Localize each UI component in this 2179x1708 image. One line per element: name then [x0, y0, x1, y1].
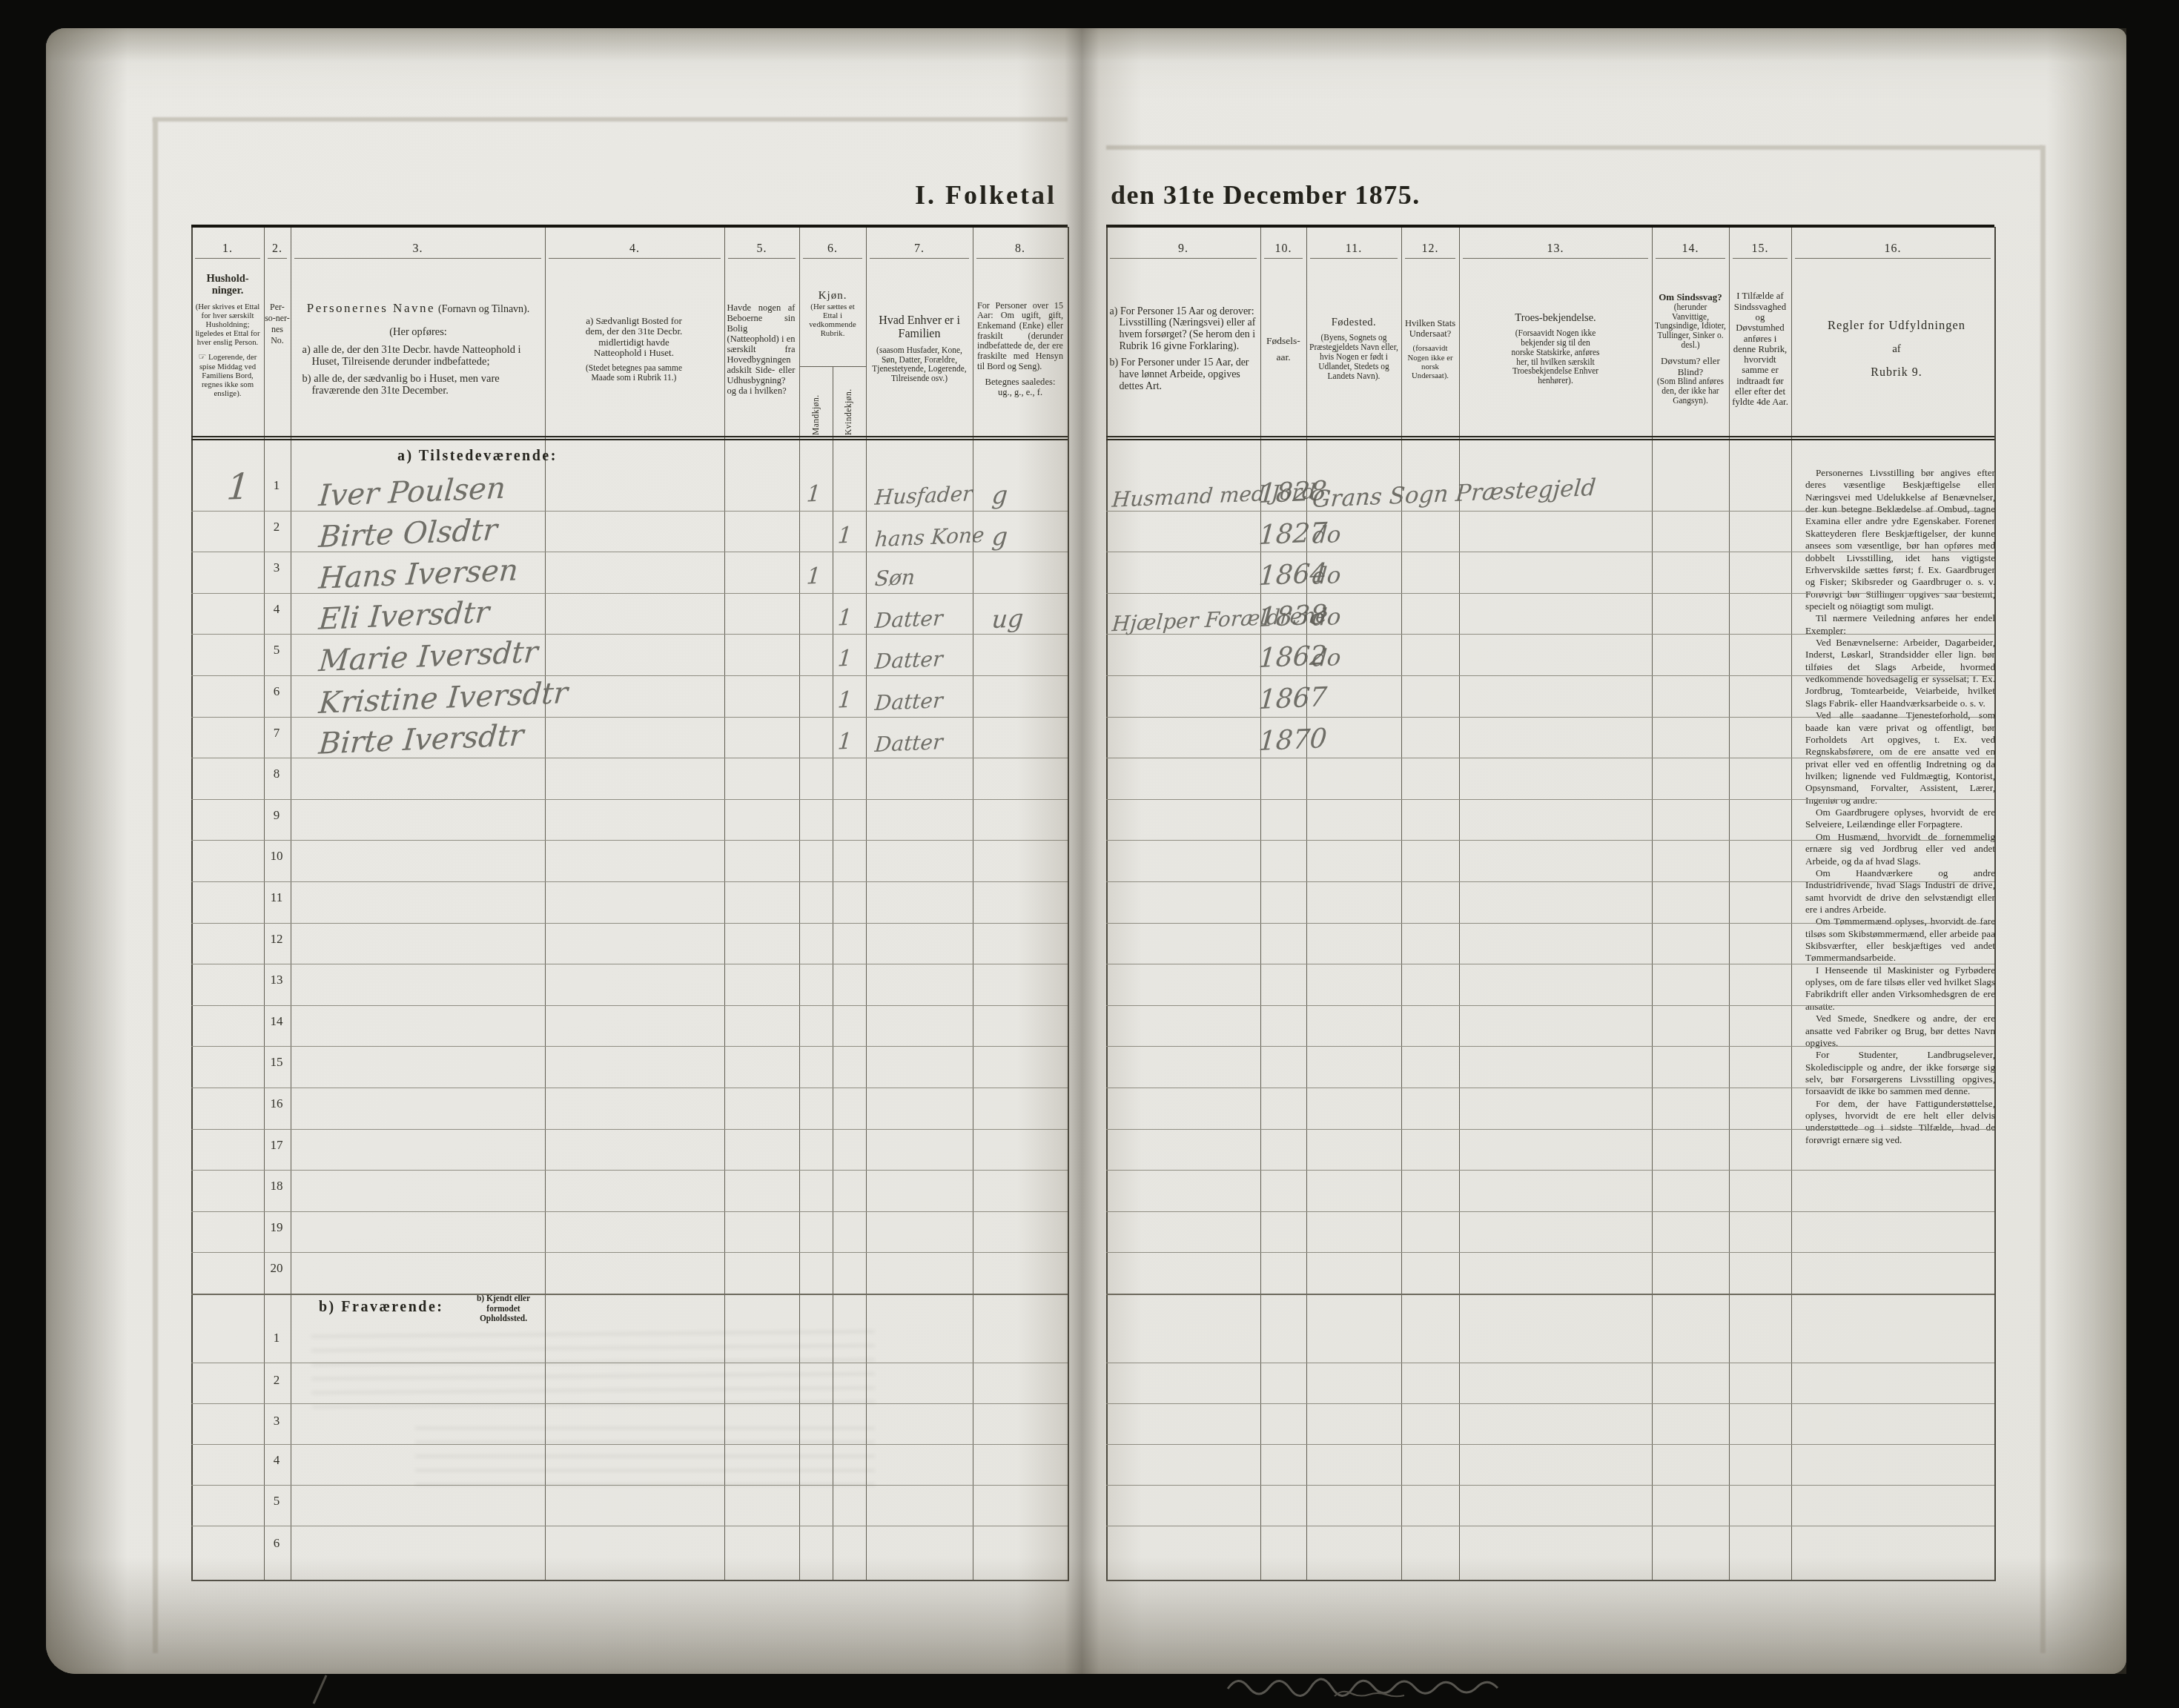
handwritten-status: ug	[991, 603, 1025, 634]
table-rule-horizontal	[1106, 225, 1994, 228]
handwritten-sex_f: 1	[837, 646, 853, 672]
census-scan: I. Folketal den 31te December 1875. Hush…	[0, 0, 2179, 1708]
column-12-title: Hvilken Stats Undersaat?	[1402, 318, 1458, 339]
table-rule-horizontal	[191, 1005, 1068, 1006]
handwritten-sex_m: 1	[806, 563, 822, 590]
column-number-10: 10.	[1264, 231, 1303, 259]
table-rule-horizontal	[1106, 1580, 1994, 1581]
column-header-7: Hvad Enhver er i Familien (saasom Husfad…	[867, 263, 971, 435]
table-rule-horizontal	[1106, 552, 1994, 552]
table-rule-horizontal	[1106, 1005, 1994, 1006]
column-header-4: a) Sædvanligt Bosted for dem, der den 31…	[545, 263, 723, 435]
rubrik16-paragraph: For Studenter, Landbrugselever, Skoledis…	[1805, 1049, 1995, 1097]
handwritten-family: Datter	[874, 688, 944, 715]
column-3-subtitle: (Fornavn og Tilnavn).	[438, 304, 529, 315]
sheet-edge-right-horizontal	[1106, 145, 2042, 150]
column-8-text: For Personer over 15 Aar: Om ugift, gift…	[977, 301, 1063, 372]
handwritten-sex_f: 1	[837, 522, 853, 549]
column-15-text: I Tilfælde af Sindssvaghed og Døvstumhed…	[1731, 291, 1789, 408]
column-14-n2: (Som Blind anføres den, der ikke har Gan…	[1655, 377, 1726, 406]
row-number-a: 7	[265, 726, 288, 741]
column-7-note: (saasom Husfader, Kone, Søn, Datter, For…	[872, 346, 967, 385]
rubrik16-paragraph: Om Haandværkere og andre Industridrivend…	[1805, 867, 1995, 916]
table-rule-vertical	[1068, 227, 1069, 1581]
table-rule-horizontal	[1106, 923, 1994, 924]
column-header-9: a) For Personer 15 Aar og derover: Livss…	[1108, 263, 1259, 435]
column-6-title: Kjøn.	[819, 290, 847, 302]
row-number-a: 4	[265, 602, 288, 617]
table-rule-horizontal	[1106, 1211, 1994, 1212]
table-rule-horizontal	[191, 964, 1068, 964]
column-header-13: Troes-bekjendelse. (Forsaavidt Nogen ikk…	[1460, 263, 1651, 435]
column-number-13: 13.	[1463, 231, 1648, 259]
column-number-4: 4.	[549, 231, 721, 259]
table-rule-horizontal	[1106, 799, 1994, 800]
table-rule-horizontal	[191, 1211, 1068, 1212]
table-rule-horizontal	[1106, 1088, 1994, 1088]
column-10-text: Fødsels-aar.	[1261, 333, 1306, 365]
sheet-edge-right-vertical	[2040, 145, 2046, 1653]
handwritten-family: Datter	[874, 606, 944, 633]
rubrik16-paragraph: Ved Smede, Snedkere og andre, der ere an…	[1805, 1013, 1995, 1049]
column-13-title: Troes-bekjendelse.	[1511, 312, 1600, 324]
pencil-scribble	[1223, 1666, 1572, 1702]
table-rule-horizontal	[1106, 1046, 1994, 1047]
row-number-a: 11	[265, 890, 288, 905]
column-number-8: 8.	[976, 231, 1064, 259]
table-rule-horizontal	[191, 923, 1068, 924]
pointing-hand-icon: ☞	[199, 351, 207, 362]
table-rule-horizontal	[1106, 1526, 1994, 1526]
row-number-a: 17	[265, 1138, 288, 1153]
handwritten-family: Datter	[874, 729, 944, 757]
column-8-note: Betegnes saaledes: ug., g., e., f.	[977, 377, 1063, 397]
table-rule-horizontal	[1106, 1252, 1994, 1253]
column-5-text: Havde nogen af Beboerne sin Bolig (Natte…	[727, 302, 796, 396]
handwritten-sex_f: 1	[837, 604, 853, 631]
column-12-note: (forsaavidt Nogen ikke er norsk Undersaa…	[1402, 344, 1458, 380]
row-number-a: 19	[265, 1220, 288, 1235]
row-number-a: 12	[265, 932, 288, 947]
column-9-item-a: a) For Personer 15 Aar og derover: Livss…	[1110, 306, 1257, 353]
table-rule-vertical	[191, 227, 193, 1581]
table-rule-horizontal	[1106, 675, 1994, 676]
table-rule-horizontal	[1106, 511, 1994, 512]
column-14-q1: Om Sindssvag?	[1659, 292, 1722, 303]
table-rule-horizontal	[191, 1526, 1068, 1526]
column-2-text: Per-so-ner-nes No.	[265, 302, 290, 346]
column-1-body: (Her skrives et Ettal for hver særskilt …	[194, 302, 262, 347]
column-7-title: Hvad Enhver er i Familien	[873, 314, 966, 341]
table-rule-horizontal	[191, 881, 1068, 882]
table-rule-horizontal	[1106, 1485, 1994, 1486]
table-rule-vertical	[1306, 227, 1307, 1581]
row-number-b: 4	[265, 1453, 288, 1468]
table-rule-vertical	[973, 227, 973, 1581]
table-rule-vertical	[1791, 227, 1792, 1581]
table-rule-vertical	[1106, 227, 1108, 1581]
table-rule-horizontal	[191, 436, 1068, 437]
column-number-6: 6.	[803, 231, 862, 259]
table-rule-horizontal	[1106, 436, 1994, 437]
scratch-mark	[313, 1675, 328, 1704]
rubrik16-paragraph: Om Husmænd, hvorvidt de fornemmelig ernæ…	[1805, 831, 1995, 867]
table-rule-horizontal	[1106, 1129, 1994, 1130]
handwritten-family: Søn	[874, 565, 916, 591]
female-column-label: Kvindekjøn.	[833, 365, 865, 435]
row-number-a: 2	[265, 520, 288, 534]
table-rule-vertical	[291, 227, 291, 1581]
handwritten-birthplace: do	[1312, 521, 1342, 549]
row-number-a: 9	[265, 808, 288, 823]
row-number-a: 13	[265, 973, 288, 987]
column-11-note: (Byens, Sognets og Præstegjeldets Navn e…	[1309, 334, 1398, 381]
column-header-15: I Tilfælde af Sindssvaghed og Døvstumhed…	[1730, 263, 1791, 435]
table-rule-vertical	[264, 227, 265, 1581]
table-rule-vertical	[1652, 227, 1653, 1581]
table-rule-vertical	[1994, 227, 1996, 1581]
column-3-item-b: b) alle de, der sædvanlig bo i Huset, me…	[302, 373, 535, 397]
page-title-right: den 31te December 1875.	[1111, 179, 1421, 211]
column-number-1: 1.	[195, 231, 260, 259]
table-rule-horizontal	[191, 1294, 1068, 1295]
column-header-5: Havde nogen af Beboerne sin Bolig (Natte…	[724, 263, 798, 435]
ink-bleedthrough	[311, 1331, 876, 1417]
table-rule-horizontal	[191, 1252, 1068, 1253]
column-4-note: (Stedet betegnes paa samme Maade som i R…	[586, 364, 682, 383]
column-header-16: Regler for Udfyldningen af Rubrik 9.	[1792, 263, 2001, 435]
column-16-line1: Regler for Udfyldningen	[1828, 319, 1965, 332]
handwritten-name: Eli Iversdtr	[317, 595, 491, 637]
row-number-a: 15	[265, 1055, 288, 1070]
column-header-10: Fødsels-aar.	[1261, 263, 1306, 435]
table-rule-horizontal	[1106, 717, 1994, 718]
section-b-label: b) Fraværende:	[319, 1299, 444, 1316]
row-number-a: 10	[265, 849, 288, 864]
column-number-2: 2.	[268, 231, 287, 259]
table-rule-horizontal	[191, 225, 1068, 228]
column-number-7: 7.	[870, 231, 969, 259]
table-rule-horizontal	[1106, 1294, 1994, 1295]
column-header-1: Hushold-ninger. (Her skrives et Ettal fo…	[194, 263, 262, 435]
table-rule-horizontal	[191, 1170, 1068, 1171]
row-number-a: 18	[265, 1179, 288, 1194]
table-rule-horizontal	[1106, 1170, 1994, 1171]
row-number-a: 16	[265, 1096, 288, 1111]
rubrik-9-instructions: Personernes Livsstilling bør angives eft…	[1805, 467, 1995, 1146]
column-number-14: 14.	[1656, 231, 1725, 259]
handwritten-status: g	[991, 480, 1008, 509]
column-14-q2: Døvstum? eller Blind?	[1655, 356, 1726, 377]
table-rule-horizontal	[1106, 593, 1994, 594]
column-16-line3: Rubrik 9.	[1871, 366, 1922, 380]
column-3-title: Personernes Navne	[307, 301, 435, 315]
rubrik16-paragraph: Ved Benævnelserne: Arbeider, Dagarbeider…	[1805, 637, 1995, 709]
table-rule-horizontal	[191, 1129, 1068, 1130]
male-column-label: Mandkjøn.	[800, 365, 833, 435]
column-number-11: 11.	[1310, 231, 1398, 259]
column-1-note: Logerende, der spise Middag ved Familien…	[199, 353, 257, 398]
table-rule-horizontal	[191, 1088, 1068, 1088]
column-3-intro: (Her opføres:	[389, 326, 447, 338]
row-number-a: 20	[265, 1261, 288, 1276]
page-title-left: I. Folketal	[771, 179, 1057, 211]
ink-bleedthrough	[415, 1427, 875, 1486]
table-rule-vertical	[1459, 227, 1460, 1581]
handwritten-birthplace: do	[1312, 562, 1342, 590]
table-rule-vertical	[1260, 227, 1261, 1581]
handwritten-birthplace: do	[1312, 645, 1342, 673]
column-number-16: 16.	[1795, 231, 1991, 259]
row-number-b: 2	[265, 1373, 288, 1388]
table-rule-horizontal	[191, 1580, 1068, 1581]
column-13-note: (Forsaavidt Nogen ikke bekjender sig til…	[1510, 329, 1601, 386]
table-rule-horizontal	[191, 799, 1068, 800]
row-number-a: 6	[265, 684, 288, 699]
row-number-a: 14	[265, 1014, 288, 1029]
table-rule-horizontal	[1106, 634, 1994, 635]
column-header-11: Fødested. (Byens, Sognets og Præstegjeld…	[1307, 263, 1401, 435]
column-4-text: a) Sædvanligt Bosted for dem, der den 31…	[584, 316, 684, 359]
row-number-a: 1	[265, 478, 288, 493]
column-number-3: 3.	[294, 231, 541, 259]
column-6-note: (Her sættes et Ettal i vedkommende Rubri…	[803, 302, 862, 338]
sheet-edge-left-vertical	[153, 119, 158, 1653]
column-1-title: Hushold-ninger.	[194, 274, 262, 297]
rubrik16-paragraph: Personernes Livsstilling bør angives eft…	[1805, 467, 1995, 612]
column-number-15: 15.	[1733, 231, 1788, 259]
handwritten-birthplace: do	[1312, 603, 1342, 632]
handwritten-sex_f: 1	[837, 687, 853, 714]
table-rule-horizontal	[1106, 1444, 1994, 1445]
rubrik16-paragraph: For dem, der have Fattigunderstøttelse, …	[1805, 1098, 1995, 1146]
column-number-5: 5.	[728, 231, 796, 259]
table-rule-horizontal	[1106, 758, 1994, 758]
table-rule-horizontal	[191, 840, 1068, 841]
row-number-a: 5	[265, 643, 288, 658]
column-header-3: Personernes Navne (Fornavn og Tilnavn). …	[297, 263, 540, 435]
handwritten-sex_m: 1	[806, 481, 822, 508]
table-rule-horizontal	[1106, 1403, 1994, 1404]
section-b-residence-note: b) Kjendt eller formodet Opholdssted.	[464, 1294, 543, 1325]
handwritten-family: Husfader	[874, 481, 973, 510]
column-14-n1: (herunder Vanvittige, Tungsindige, Idiot…	[1655, 303, 1726, 351]
table-rule-horizontal	[1106, 964, 1994, 964]
column-number-9: 9.	[1110, 231, 1257, 259]
rubrik16-paragraph: Om Gaardbrugere oplyses, hvorvidt de ere…	[1805, 807, 1995, 831]
column-header-14: Om Sindssvag? (herunder Vanvittige, Tung…	[1653, 263, 1728, 435]
table-rule-vertical	[1401, 227, 1402, 1581]
handwritten-family: hans Kone	[874, 522, 985, 551]
table-rule-horizontal	[191, 1046, 1068, 1047]
column-header-2: Per-so-ner-nes No.	[265, 263, 290, 435]
table-rule-horizontal	[1106, 1363, 1994, 1363]
table-rule-horizontal	[1106, 439, 1994, 440]
row-number-a: 3	[265, 560, 288, 575]
column-11-title: Fødested.	[1332, 317, 1376, 328]
column-9-item-b: b) For Personer under 15 Aar, der have l…	[1110, 357, 1257, 392]
table-rule-horizontal	[1106, 881, 1994, 882]
table-rule-vertical	[1729, 227, 1730, 1581]
row-number-b: 1	[265, 1331, 288, 1345]
section-a-label: a) Tilstedeværende:	[397, 448, 558, 465]
handwritten-sex_f: 1	[837, 728, 853, 755]
row-number-b: 6	[265, 1536, 288, 1551]
row-number-b: 3	[265, 1414, 288, 1429]
row-number-b: 5	[265, 1494, 288, 1509]
sheet-edge-left-horizontal	[153, 117, 1068, 122]
handwritten-household: 1	[225, 466, 251, 509]
column-header-12: Hvilken Stats Undersaat? (forsaavidt Nog…	[1402, 263, 1458, 435]
table-rule-horizontal	[800, 366, 866, 367]
column-3-item-a: a) alle de, der den 31te Decbr. havde Na…	[302, 344, 535, 368]
column-16-line2: af	[1892, 343, 1901, 356]
handwritten-status: g	[991, 521, 1008, 551]
column-number-12: 12.	[1405, 231, 1455, 259]
table-rule-horizontal	[191, 439, 1068, 440]
handwritten-name: Birte Olsdtr	[317, 512, 498, 554]
handwritten-family: Datter	[874, 646, 944, 674]
handwritten-born: 1870	[1257, 724, 1328, 757]
handwritten-born: 1867	[1257, 682, 1328, 715]
row-number-a: 8	[265, 767, 288, 781]
table-rule-horizontal	[1106, 840, 1994, 841]
column-header-8: For Personer over 15 Aar: Om ugift, gift…	[974, 263, 1066, 435]
